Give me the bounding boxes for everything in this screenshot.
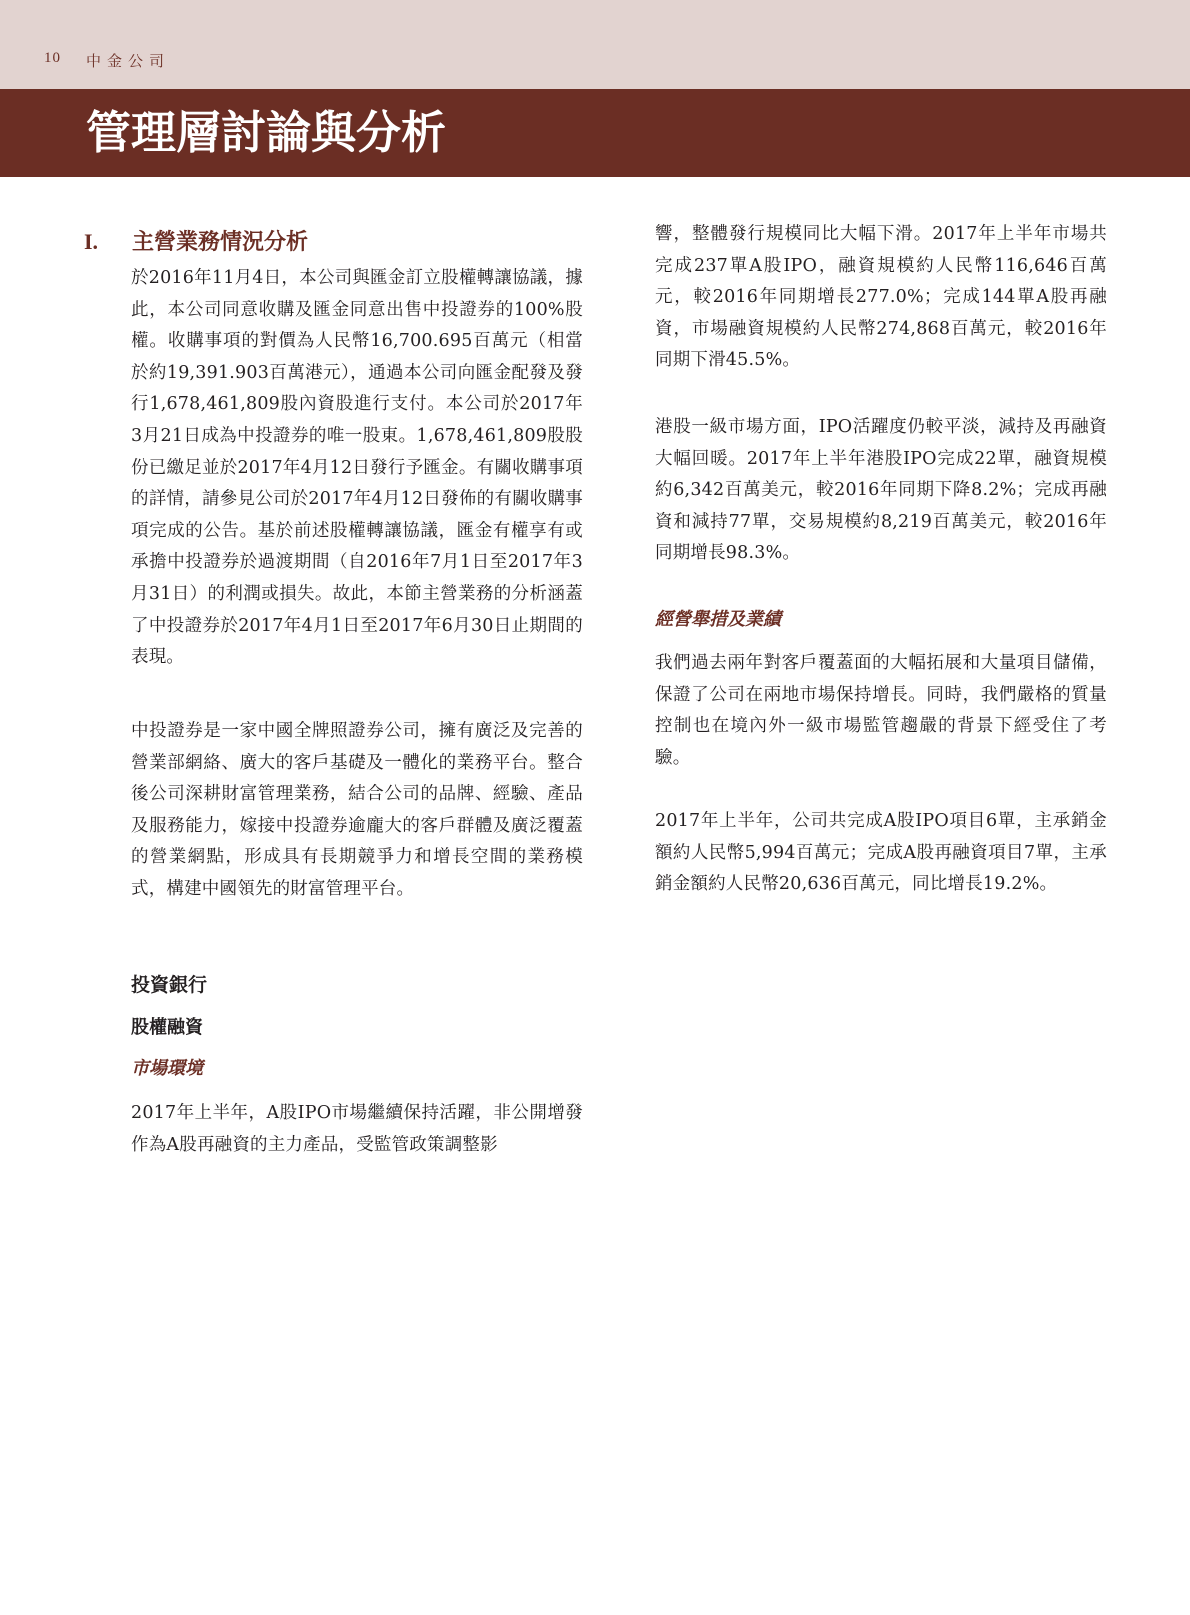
left-paragraph-company-profile: 中投證券是一家中國全牌照證券公司，擁有廣泛及完善的營業部網絡、廣大的客戶基礎及一… <box>131 716 583 906</box>
subheading-operations-results: 經營舉措及業績 <box>655 605 781 631</box>
subheading-market-environment: 市場環境 <box>131 1054 203 1080</box>
section-number: I. <box>84 229 132 255</box>
right-paragraph-hk-market: 港股一級市場方面，IPO活躍度仍較平淡，減持及再融資大幅回暖。2017年上半年港… <box>655 412 1107 570</box>
page-number: 10 <box>44 50 61 67</box>
left-paragraph-acquisition: 於2016年11月4日，本公司與匯金訂立股權轉讓協議，據此，本公司同意收購及匯金… <box>131 263 583 674</box>
right-paragraph-results: 2017年上半年，公司共完成A股IPO項目6單，主承銷金額約人民幣5,994百萬… <box>655 806 1107 901</box>
right-paragraph-a-share-market: 響，整體發行規模同比大幅下滑。2017年上半年市場共完成237單A股IPO，融資… <box>655 219 1107 377</box>
page-title: 管理層討論與分析 <box>86 107 446 159</box>
left-paragraph-market-environment: 2017年上半年，A股IPO市場繼續保持活躍，非公開增發作為A股再融資的主力產品… <box>131 1098 583 1161</box>
section-title: 主營業務情況分析 <box>132 229 308 255</box>
subheading-equity-financing: 股權融資 <box>131 1013 203 1039</box>
subheading-investment-banking: 投資銀行 <box>131 970 207 997</box>
company-name: 中金公司 <box>86 50 170 71</box>
page-header-band: 10 中金公司 <box>0 0 1190 89</box>
section-heading: I.主營業務情況分析 <box>84 225 308 256</box>
right-paragraph-client-coverage: 我們過去兩年對客戶覆蓋面的大幅拓展和大量項目儲備，保證了公司在兩地市場保持增長。… <box>655 648 1107 774</box>
